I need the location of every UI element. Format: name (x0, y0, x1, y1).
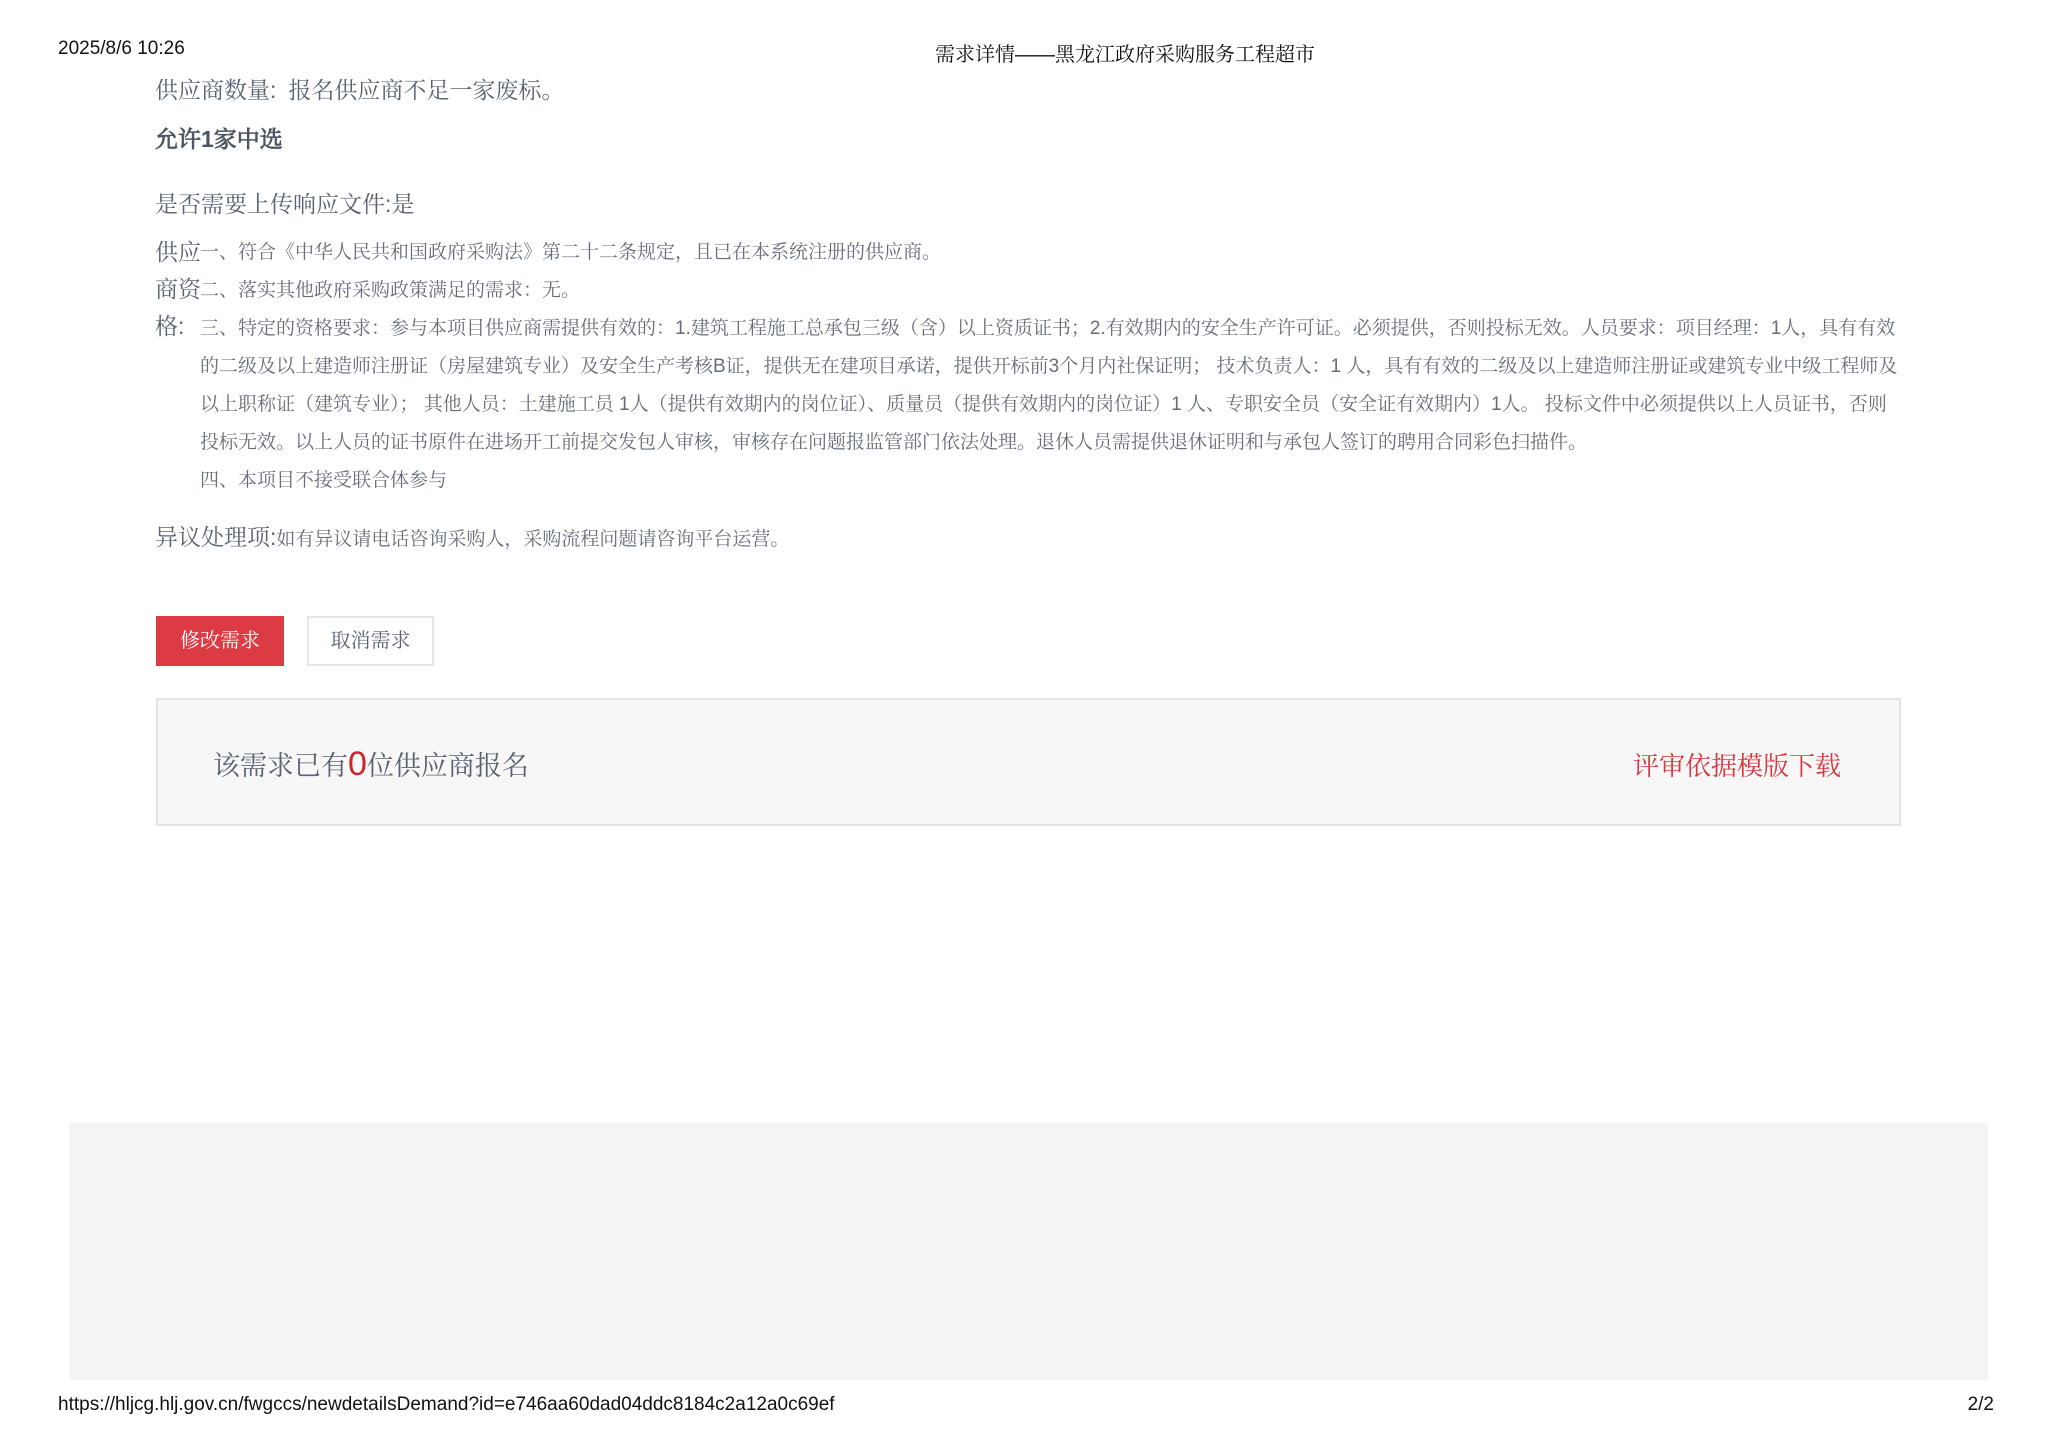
print-url: https://hljcg.hlj.gov.cn/fwgccs/newdetai… (58, 1394, 835, 1416)
signup-status-panel: 该需求已有0位供应商报名 评审依据模版下载 (156, 698, 1901, 826)
signup-count: 0 (348, 745, 367, 783)
qualification-item: 三、特定的资格要求：参与本项目供应商需提供有效的：1.建筑工程施工总承包三级（含… (200, 310, 1900, 462)
qualification-label-line: 供应 (155, 234, 201, 271)
print-page-title: 需求详情——黑龙江政府采购服务工程超市 (0, 38, 2048, 67)
qualification-item: 二、落实其他政府采购政策满足的需求：无。 (200, 272, 1900, 310)
objection-value: 如有异议请电话咨询采购人，采购流程问题请咨询平台运营。 (276, 529, 789, 550)
modify-demand-button[interactable]: 修改需求 (156, 616, 284, 666)
upload-required-value: 是 (391, 191, 414, 217)
objection-row: 异议处理项:如有异议请电话咨询采购人，采购流程问题请咨询平台运营。 (155, 519, 789, 552)
qualification-label: 供应 商资 格: (155, 234, 201, 345)
upload-required-row: 是否需要上传响应文件:是 (155, 186, 414, 219)
qualification-label-line: 格: (155, 308, 201, 345)
signup-status-text: 该需求已有0位供应商报名 (213, 744, 529, 784)
supplier-count-value: 报名供应商不足一家废标。 (288, 77, 564, 103)
cancel-demand-button[interactable]: 取消需求 (307, 616, 434, 666)
qualification-item: 一、符合《中华人民共和国政府采购法》第二十二条规定，且已在本系统注册的供应商。 (200, 234, 1900, 272)
signup-prefix: 该需求已有 (213, 751, 348, 781)
qualification-label-line: 商资 (155, 271, 201, 308)
qualification-item: 四、本项目不接受联合体参与 (200, 462, 1900, 500)
supplier-count-label: 供应商数量: (155, 77, 276, 103)
signup-suffix: 位供应商报名 (367, 751, 529, 781)
qualification-list: 一、符合《中华人民共和国政府采购法》第二十二条规定，且已在本系统注册的供应商。 … (200, 234, 1900, 500)
page-footer-area (70, 1123, 1988, 1380)
allow-winners-heading: 允许1家中选 (155, 121, 283, 154)
review-template-download-link[interactable]: 评审依据模版下载 (1633, 746, 1841, 783)
supplier-count-row: 供应商数量:报名供应商不足一家废标。 (155, 72, 564, 105)
print-page-number: 2/2 (1968, 1394, 1994, 1416)
objection-label: 异议处理项: (155, 524, 276, 550)
upload-required-label: 是否需要上传响应文件: (155, 191, 391, 217)
